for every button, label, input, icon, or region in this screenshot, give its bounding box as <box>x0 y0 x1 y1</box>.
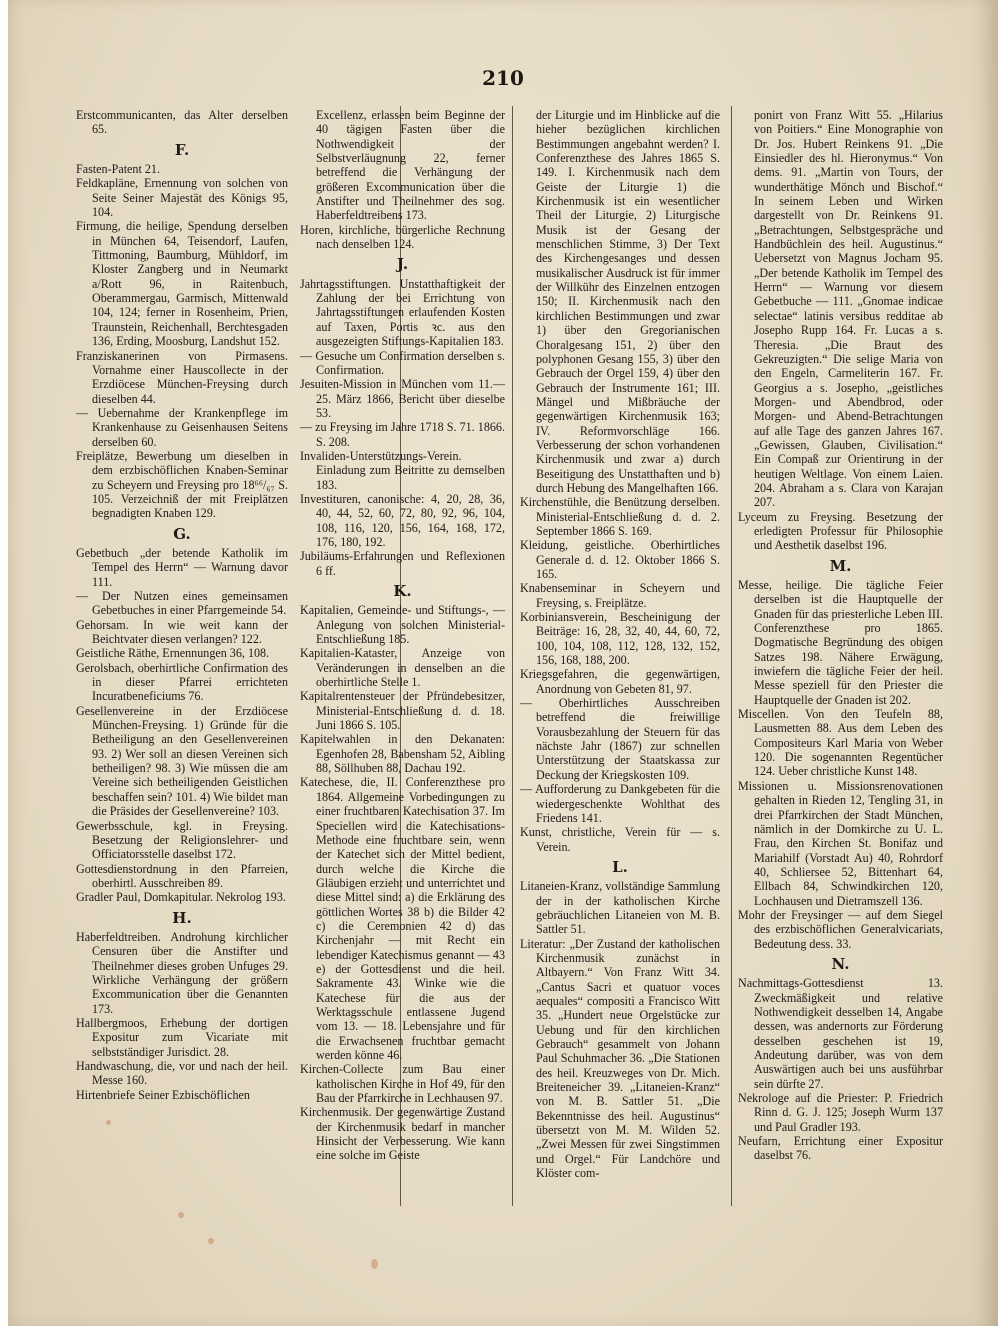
page-number: 210 <box>8 66 998 90</box>
column-rule <box>512 106 513 1206</box>
index-entry: Neufarn, Errichtung einer Expositur dase… <box>738 1134 943 1163</box>
index-entry: Kapitalien, Gemeinde- und Stiftungs-, — … <box>300 603 505 646</box>
index-entry: Gehorsam. In wie weit kann der Beichtvat… <box>76 618 288 647</box>
section-letter: M. <box>738 559 943 573</box>
index-entry: — Oberhirtliches Ausschreiben betreffend… <box>520 696 720 782</box>
index-entry: Kriegsgefahren, die gegenwärtigen, Anord… <box>520 667 720 696</box>
index-entry: Kleidung, geistliche. Oberhirtliches Gen… <box>520 538 720 581</box>
index-entry-continuation: Excellenz, erlassen beim Beginne der 40 … <box>300 108 505 223</box>
index-column-4: ponirt von Franz Witt 55. „Hilarius von … <box>738 108 943 1163</box>
index-entry: Litaneien-Kranz, vollständige Sammlung d… <box>520 879 720 936</box>
index-entry: — Uebernahme der Krankenpflege im Kranke… <box>76 406 288 449</box>
index-entry: Invaliden-Unterstützungs-Verein. Einladu… <box>300 449 505 492</box>
index-entry: Kapitalrentensteuer der Pfründebesitzer,… <box>300 689 505 732</box>
section-letter: G. <box>76 527 288 541</box>
index-entry-continuation: ponirt von Franz Witt 55. „Hilarius von … <box>738 108 943 510</box>
index-entry: Geistliche Räthe, Ernennungen 36, 108. <box>76 646 288 660</box>
index-entry: Korbiniansverein, Bescheinigung der Beit… <box>520 610 720 667</box>
index-entry: Handwaschung, die, vor und nach der heil… <box>76 1059 288 1088</box>
index-entry: Gottesdienstordnung in den Pfarreien, ob… <box>76 862 288 891</box>
foxing-stain <box>178 1212 184 1218</box>
index-entry: Katechese, die, II. Conferenzthese pro 1… <box>300 775 505 1062</box>
index-entry: — Gesuche um Confirmation derselben s. C… <box>300 349 505 378</box>
foxing-stain <box>371 1259 378 1269</box>
index-entry: Mohr der Freysinger — auf dem Siegel des… <box>738 908 943 951</box>
index-entry: — Der Nutzen eines gemeinsamen Gebetbuch… <box>76 589 288 618</box>
section-letter: J. <box>300 257 505 271</box>
index-entry: Gerolsbach, oberhirtliche Confirmation d… <box>76 661 288 704</box>
index-entry: Erstcommunicanten, das Alter derselben 6… <box>76 108 288 137</box>
index-entry: Gesellenvereine in der Erzdiöcese Münche… <box>76 704 288 819</box>
index-entry: Fasten-Patent 21. <box>76 162 288 176</box>
index-entry: Kirchen-Collecte zum Bau einer katholisc… <box>300 1062 505 1105</box>
index-entry: Kapitalien-Kataster, Anzeige von Verände… <box>300 646 505 689</box>
index-column-2: Excellenz, erlassen beim Beginne der 40 … <box>300 108 505 1163</box>
index-entry: — Aufforderung zu Dankgebeten für die wi… <box>520 782 720 825</box>
index-entry: — zu Freysing im Jahre 1718 S. 71. 1866.… <box>300 420 505 449</box>
index-entry: Hallbergmoos, Erhebung der dortigen Expo… <box>76 1016 288 1059</box>
index-entry: Knabenseminar in Scheyern und Freysing, … <box>520 581 720 610</box>
scanned-page: 210 Erstcommunicanten, das Alter derselb… <box>8 0 998 1326</box>
index-entry: Nachmittags-Gottesdienst 13. Zweckmäßigk… <box>738 976 943 1091</box>
index-entry: Gebetbuch „der betende Katholik im Tempe… <box>76 546 288 589</box>
section-letter: L. <box>520 860 720 874</box>
section-letter: K. <box>300 584 505 598</box>
index-entry: Lyceum zu Freysing. Besetzung der erledi… <box>738 510 943 553</box>
index-entry: Kapitelwahlen in den Dekanaten: Egenhofe… <box>300 732 505 775</box>
section-letter: H. <box>76 911 288 925</box>
index-entry: Missionen u. Missionsrenovationen gehalt… <box>738 779 943 908</box>
column-rule <box>731 106 732 1206</box>
index-entry: Miscellen. Von den Teufeln 88, Lausmette… <box>738 707 943 779</box>
index-entry: Investituren, canonische: 4, 20, 28, 36,… <box>300 492 505 549</box>
index-entry: Jubiläums-Erfahrungen und Reflexionen 6 … <box>300 549 505 578</box>
index-entry-continuation: der Liturgie und im Hinblicke auf die hi… <box>520 108 720 495</box>
foxing-stain <box>106 1120 111 1125</box>
index-entry: Jesuiten-Mission in München vom 11.—25. … <box>300 377 505 420</box>
index-entry: Jahrtagsstiftungen. Unstatthaftigkeit de… <box>300 277 505 349</box>
section-letter: N. <box>738 957 943 971</box>
index-entry: Feldkapläne, Ernennung von solchen von S… <box>76 176 288 219</box>
index-entry: Nekrologe auf die Priester: P. Friedrich… <box>738 1091 943 1134</box>
index-column-1: Erstcommunicanten, das Alter derselben 6… <box>76 108 288 1102</box>
index-entry: Messe, heilige. Die tägliche Feier derse… <box>738 578 943 707</box>
index-entry: Haberfeldtreiben. Androhung kirchlicher … <box>76 930 288 1016</box>
index-entry: Kunst, christliche, Verein für — s. Vere… <box>520 825 720 854</box>
index-entry: Freiplätze, Bewerbung um dieselben in de… <box>76 449 288 521</box>
index-entry: Gewerbsschule, kgl. in Freysing. Besetzu… <box>76 819 288 862</box>
index-entry: Kirchenstühle, die Benützung derselben. … <box>520 495 720 538</box>
index-entry: Kirchenmusik. Der gegenwärtige Zustand d… <box>300 1105 505 1162</box>
index-entry: Hirtenbriefe Seiner Ezbischöflichen <box>76 1088 288 1102</box>
index-entry: Gradler Paul, Domkapitular. Nekrolog 193… <box>76 890 288 904</box>
index-entry: Franziskanerinen von Pirmasens. Vornahme… <box>76 349 288 406</box>
index-entry: Horen, kirchliche, bürgerliche Rechnung … <box>300 223 505 252</box>
foxing-stain <box>208 1238 214 1244</box>
section-letter: F. <box>76 143 288 157</box>
index-entry: Literatur: „Der Zustand der katholischen… <box>520 937 720 1181</box>
index-entry: Firmung, die heilige, Spendung derselben… <box>76 219 288 348</box>
index-column-3: der Liturgie und im Hinblicke auf die hi… <box>520 108 720 1180</box>
